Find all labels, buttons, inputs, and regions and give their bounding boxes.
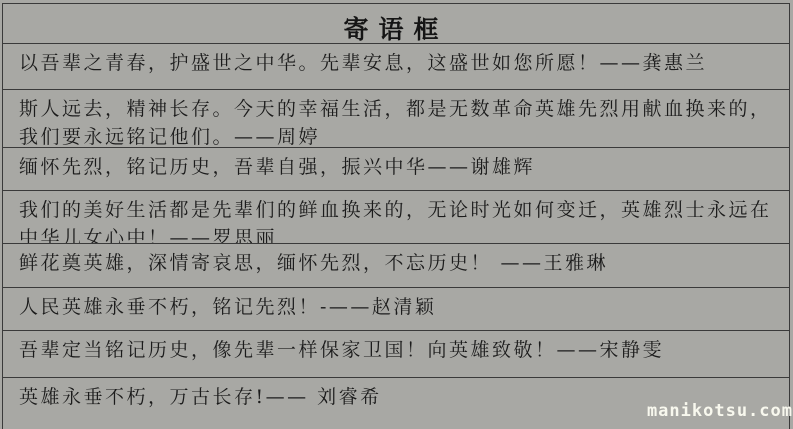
message-row: 人民英雄永垂不朽，铭记先烈！-——赵清颖 bbox=[3, 288, 789, 331]
message-row: 斯人远去，精神长存。今天的幸福生活，都是无数革命英雄先烈用献血换来的，我们要永远… bbox=[3, 90, 789, 148]
message-board-table: 寄语框 以吾辈之青春，护盛世之中华。先辈安息，这盛世如您所愿！——龚惠兰 斯人远… bbox=[2, 3, 790, 429]
message-row: 以吾辈之青春，护盛世之中华。先辈安息，这盛世如您所愿！——龚惠兰 bbox=[3, 44, 789, 90]
message-row: 鲜花奠英雄，深情寄哀思，缅怀先烈，不忘历史！ ——王雅琳 bbox=[3, 244, 789, 288]
watermark: manikotsu.com bbox=[647, 401, 793, 421]
message-row: 我们的美好生活都是先辈们的鲜血换来的，无论时光如何变迁，英雄烈士永远在中华儿女心… bbox=[3, 191, 789, 244]
message-row: 缅怀先烈，铭记历史，吾辈自强，振兴中华——谢雄辉 bbox=[3, 148, 789, 191]
table-title: 寄语框 bbox=[3, 4, 789, 44]
message-row: 吾辈定当铭记历史，像先辈一样保家卫国！向英雄致敬！——宋静雯 bbox=[3, 331, 789, 378]
